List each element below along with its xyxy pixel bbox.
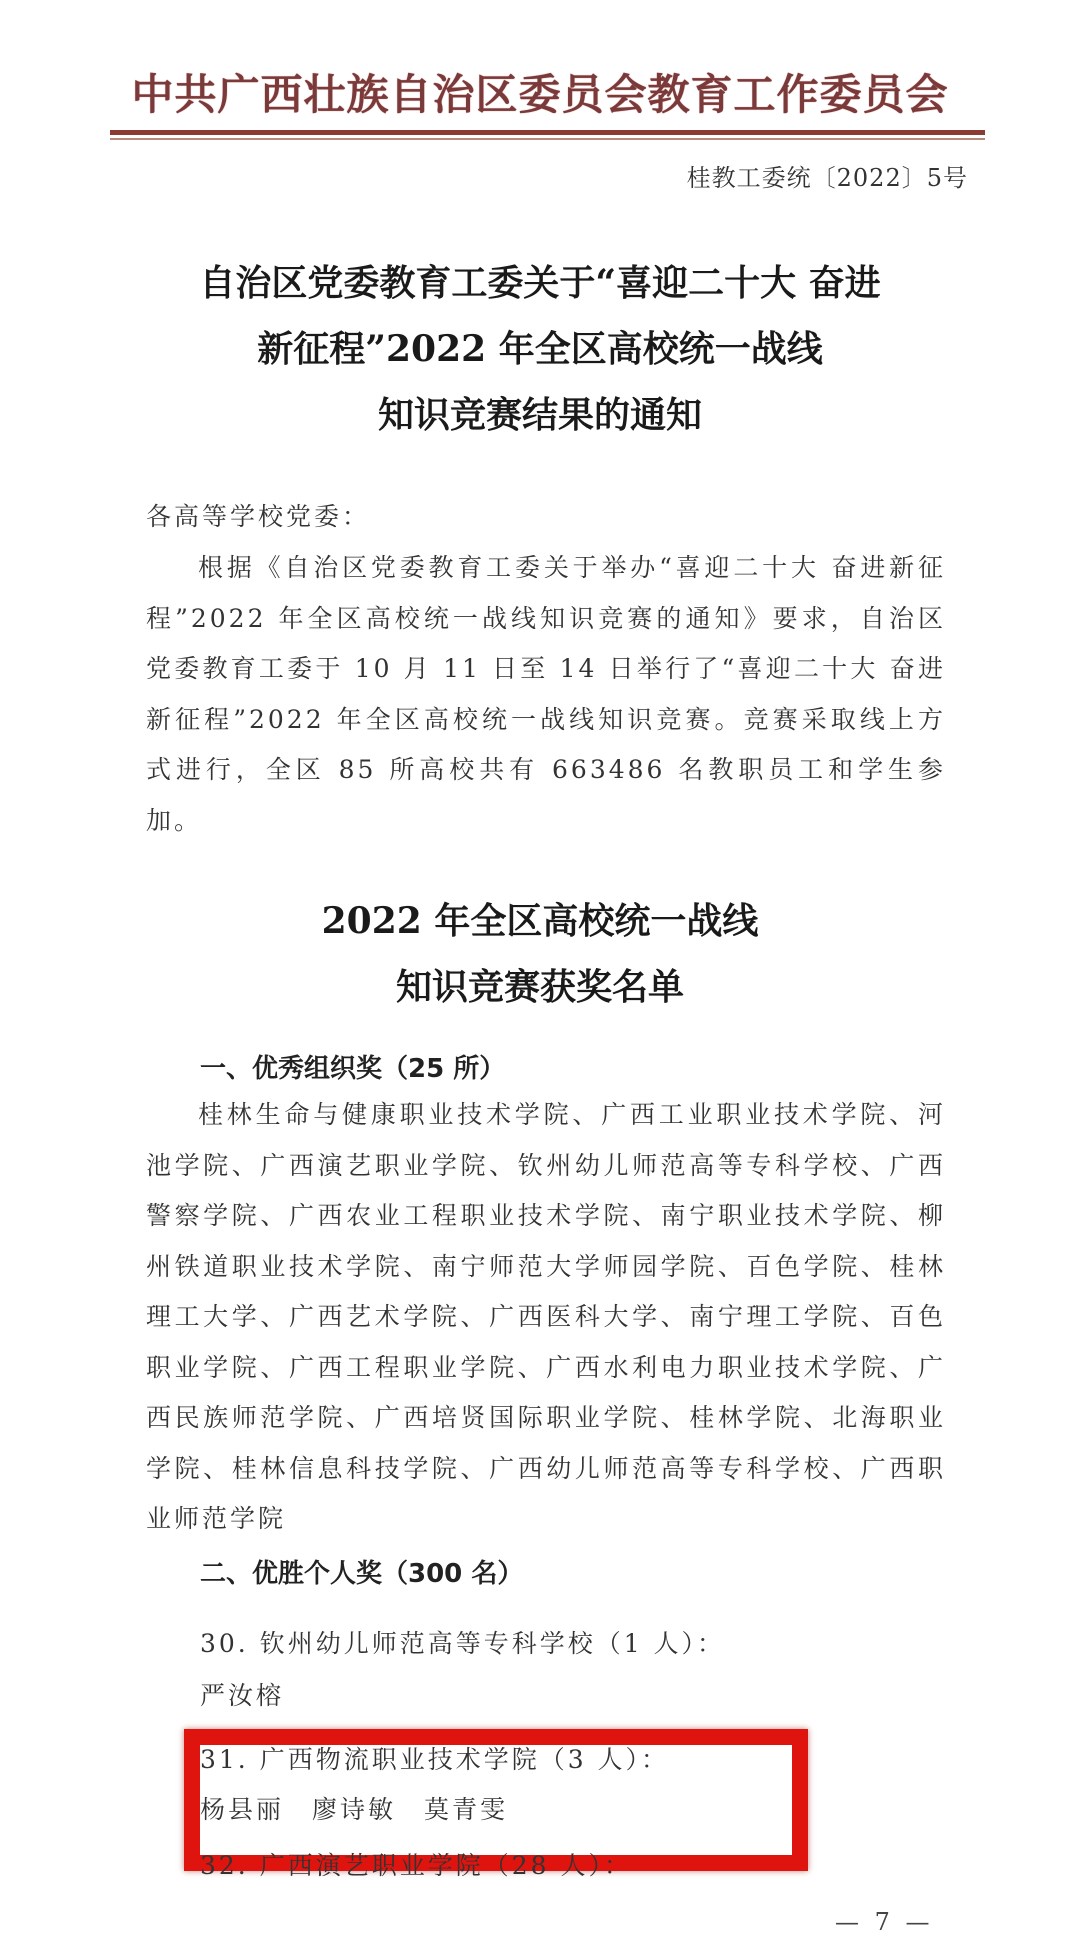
notice-title-line-2: 新征程”2022 年全区高校统一战线 bbox=[0, 316, 1080, 382]
letterhead-org-name: 中共广西壮族自治区委员会教育工作委员会 bbox=[0, 62, 1080, 122]
entry-30-names: 严汝榕 bbox=[200, 1676, 284, 1712]
entry-31-school: 31. 广西物流职业技术学院（3 人）： bbox=[200, 1740, 669, 1776]
notice-title-line-1: 自治区党委教育工委关于“喜迎二十大 奋进 bbox=[0, 250, 1080, 316]
award-list-title: 2022 年全区高校统一战线 知识竞赛获奖名单 bbox=[0, 888, 1080, 1020]
section-2-heading: 二、优胜个人奖（300 名） bbox=[200, 1553, 523, 1590]
award-list-title-line-1: 2022 年全区高校统一战线 bbox=[0, 888, 1080, 954]
award-list-title-line-2: 知识竞赛获奖名单 bbox=[0, 954, 1080, 1020]
notice-body: 根据《自治区党委教育工委关于举办“喜迎二十大 奋进新征程”2022 年全区高校统… bbox=[146, 543, 946, 846]
section-1-heading: 一、优秀组织奖（25 所） bbox=[200, 1048, 505, 1085]
letterhead-thin-rule bbox=[110, 138, 985, 140]
entry-32-school: 32. 广西演艺职业学院（28 人）： bbox=[200, 1846, 632, 1882]
entry-30-school: 30. 钦州幼儿师范高等专科学校（1 人）： bbox=[200, 1624, 725, 1660]
page-number: — 7 — bbox=[835, 1908, 934, 1936]
notice-title: 自治区党委教育工委关于“喜迎二十大 奋进 新征程”2022 年全区高校统一战线 … bbox=[0, 250, 1080, 448]
salutation: 各高等学校党委： bbox=[146, 492, 946, 543]
entry-31-names: 杨县丽 廖诗敏 莫青雯 bbox=[200, 1790, 508, 1826]
document-number: 桂教工委统〔2022〕5号 bbox=[687, 158, 968, 193]
section-1-school-list: 桂林生命与健康职业技术学院、广西工业职业技术学院、河池学院、广西演艺职业学院、钦… bbox=[146, 1090, 946, 1545]
notice-title-line-3: 知识竞赛结果的通知 bbox=[0, 382, 1080, 448]
letterhead-red-rule bbox=[110, 130, 985, 135]
